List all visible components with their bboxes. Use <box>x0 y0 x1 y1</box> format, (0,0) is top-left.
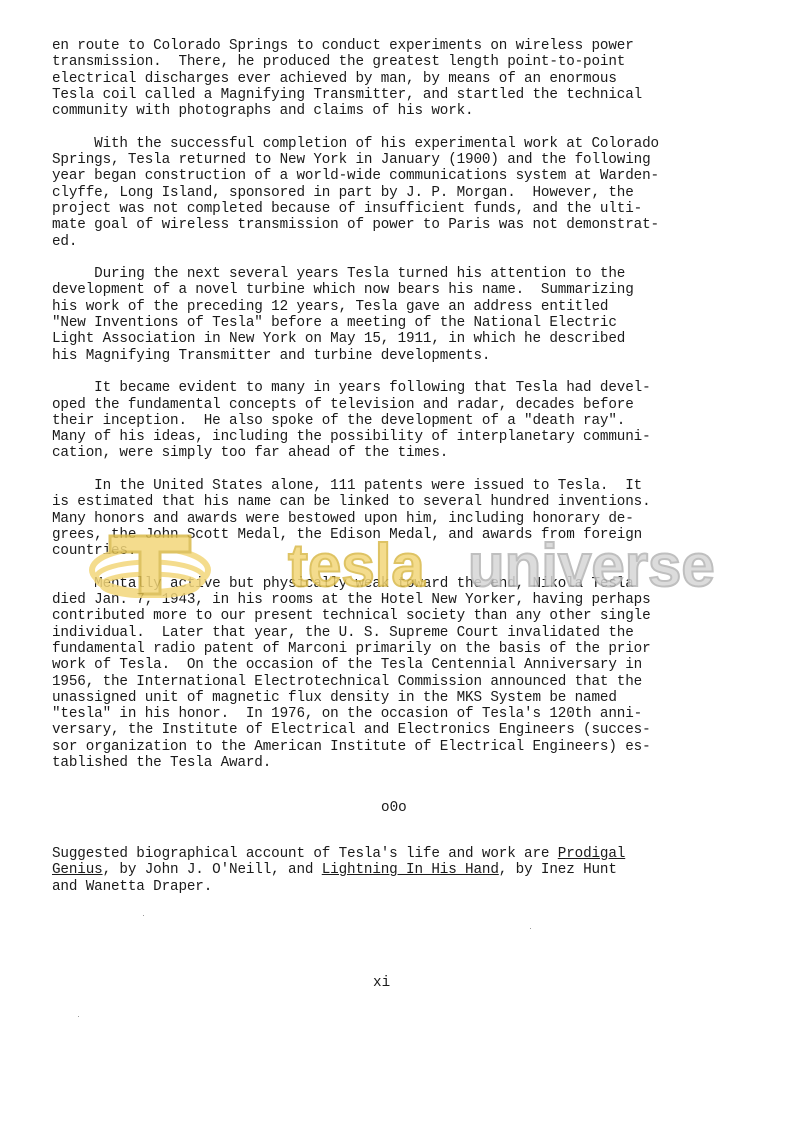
suggested-reading: Suggested biographical account of Tesla'… <box>52 846 625 895</box>
page-number: xi <box>373 975 390 991</box>
text-line: their inception. He also spoke of the de… <box>52 413 772 429</box>
text-line: electrical discharges ever achieved by m… <box>52 71 772 87</box>
paragraph-wardenclyffe: With the successful completion of his ex… <box>52 136 772 250</box>
paragraph-television: It became evident to many in years follo… <box>52 380 772 461</box>
text-line: his work of the preceding 12 years, Tesl… <box>52 299 772 315</box>
text-line: sor organization to the American Institu… <box>52 739 772 755</box>
text-line: development of a novel turbine which now… <box>52 282 772 298</box>
text-line: contributed more to our present technica… <box>52 608 772 624</box>
text-line: is estimated that his name can be linked… <box>52 494 772 510</box>
text-line: Springs, Tesla returned to New York in J… <box>52 152 772 168</box>
text-line: 1956, the International Electrotechnical… <box>52 674 772 690</box>
text-line: fundamental radio patent of Marconi prim… <box>52 641 772 657</box>
text-line: died Jan. 7, 1943, in his rooms at the H… <box>52 592 772 608</box>
text-line: Tesla coil called a Magnifying Transmitt… <box>52 87 772 103</box>
text-line: "New Inventions of Tesla" before a meeti… <box>52 315 772 331</box>
book-title-prodigal-genius: Prodigal <box>558 846 625 862</box>
text-line: unassigned unit of magnetic flux density… <box>52 690 772 706</box>
text-line: Many honors and awards were bestowed upo… <box>52 511 772 527</box>
text-line: ed. <box>52 234 772 250</box>
text-line: versary, the Institute of Electrical and… <box>52 722 772 738</box>
paragraph-turbine: During the next several years Tesla turn… <box>52 266 772 364</box>
text-line: It became evident to many in years follo… <box>52 380 772 396</box>
book-title-prodigal-genius-cont: Genius <box>52 862 103 878</box>
suggested-line2-text: , by John J. O'Neill, and <box>103 862 322 878</box>
text-line: oped the fundamental concepts of televis… <box>52 397 772 413</box>
text-line: transmission. There, he produced the gre… <box>52 54 772 70</box>
body-text: en route to Colorado Springs to conduct … <box>52 38 772 771</box>
book-title-lightning: Lightning In His Hand <box>322 862 499 878</box>
text-line: community with photographs and claims of… <box>52 103 772 119</box>
text-line: Light Association in New York on May 15,… <box>52 331 772 347</box>
text-line: cation, were simply too far ahead of the… <box>52 445 772 461</box>
document-page: en route to Colorado Springs to conduct … <box>52 38 772 788</box>
suggested-line3: and Wanetta Draper. <box>52 879 625 895</box>
text-line: With the successful completion of his ex… <box>52 136 772 152</box>
text-line: mate goal of wireless transmission of po… <box>52 217 772 233</box>
text-line: clyffe, Long Island, sponsored in part b… <box>52 185 772 201</box>
text-line: countries. <box>52 543 772 559</box>
suggested-line1-text: Suggested biographical account of Tesla'… <box>52 846 558 862</box>
text-line: grees, the John Scott Medal, the Edison … <box>52 527 772 543</box>
suggested-line2-suffix: , by Inez Hunt <box>499 862 617 878</box>
text-line: Many of his ideas, including the possibi… <box>52 429 772 445</box>
text-line: tablished the Tesla Award. <box>52 755 772 771</box>
section-divider: o0o <box>381 800 407 816</box>
text-line: year began construction of a world-wide … <box>52 168 772 184</box>
text-line: individual. Later that year, the U. S. S… <box>52 625 772 641</box>
text-line: During the next several years Tesla turn… <box>52 266 772 282</box>
text-line: Mentally active but physically weak towa… <box>52 576 772 592</box>
scan-speck <box>78 1016 79 1017</box>
text-line: en route to Colorado Springs to conduct … <box>52 38 772 54</box>
scan-speck <box>530 928 531 929</box>
text-line: project was not completed because of ins… <box>52 201 772 217</box>
text-line: his Magnifying Transmitter and turbine d… <box>52 348 772 364</box>
text-line: work of Tesla. On the occasion of the Te… <box>52 657 772 673</box>
paragraph-death: Mentally active but physically weak towa… <box>52 576 772 772</box>
scan-speck <box>143 915 144 916</box>
text-line: In the United States alone, 111 patents … <box>52 478 772 494</box>
paragraph-colorado: en route to Colorado Springs to conduct … <box>52 38 772 119</box>
text-line: "tesla" in his honor. In 1976, on the oc… <box>52 706 772 722</box>
paragraph-patents: In the United States alone, 111 patents … <box>52 478 772 559</box>
